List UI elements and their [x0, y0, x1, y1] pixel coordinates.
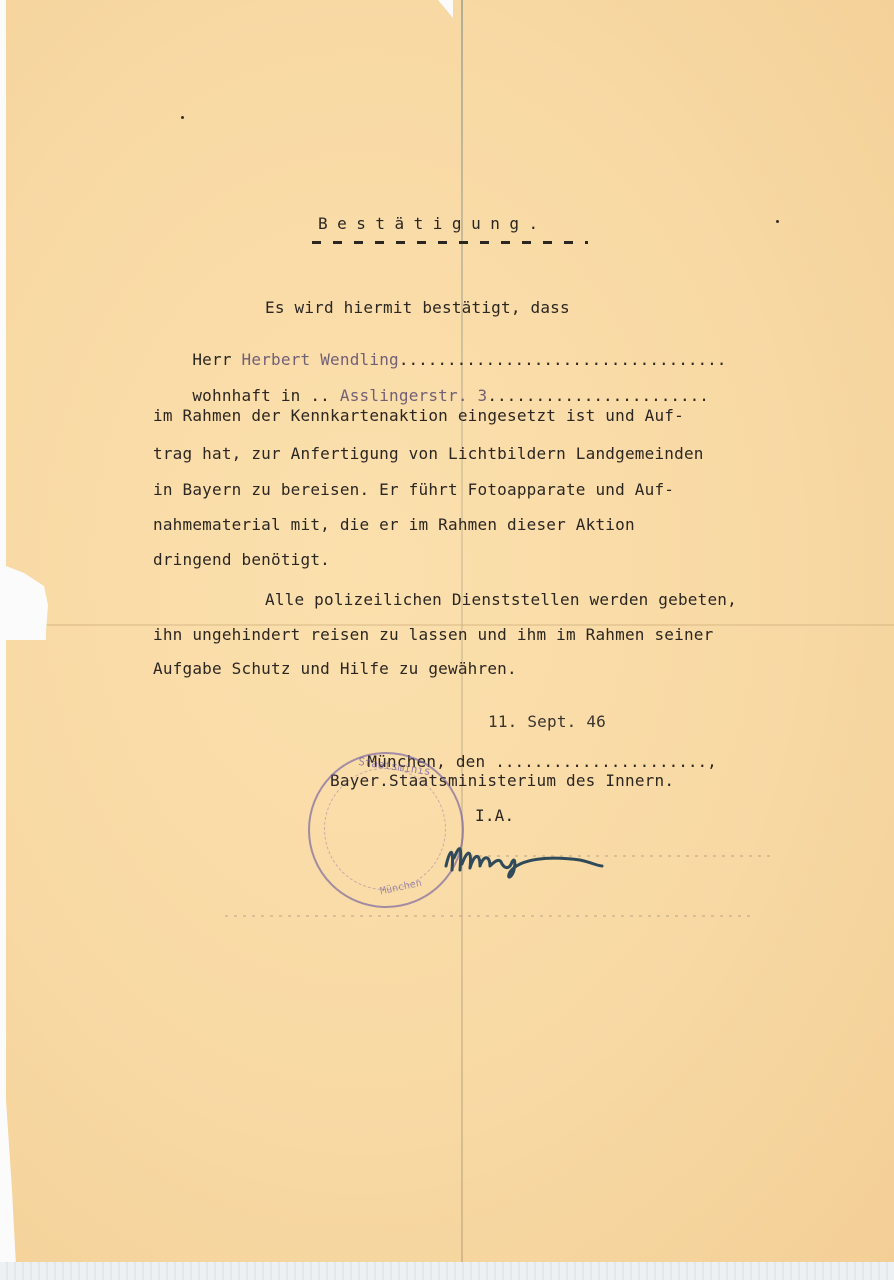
document-scan: Bestätigung. Es wird hiermit bestätigt, …	[0, 0, 894, 1280]
paper-speck	[181, 116, 184, 119]
stamp-inner-ring	[324, 768, 446, 890]
address-fill-dots: .......................	[487, 386, 709, 405]
body-line: dringend benötigt.	[153, 552, 330, 568]
body-line: nahmematerial mit, die er im Rahmen dies…	[153, 517, 635, 533]
paper-speck	[776, 220, 779, 223]
show-through-dots	[225, 915, 755, 917]
body-line: in Bayern zu bereisen. Er führt Fotoappa…	[153, 482, 674, 498]
handwritten-signature	[440, 836, 610, 886]
on-behalf-label: I.A.	[475, 808, 514, 824]
name-label: Herr	[192, 350, 231, 369]
date-value: 11. Sept. 46	[488, 714, 606, 730]
intro-line: Es wird hiermit bestätigt, dass	[265, 300, 570, 316]
body-line: im Rahmen der Kennkartenaktion eingesetz…	[153, 408, 684, 424]
request-line: ihn ungehindert reisen zu lassen und ihm…	[153, 627, 713, 643]
address-value: Asslingerstr. 3	[340, 386, 488, 405]
title-underline	[312, 241, 588, 244]
scanner-sleeve-edge	[0, 1262, 894, 1280]
document-title: Bestätigung.	[318, 216, 548, 232]
body-line: trag hat, zur Anfertigung von Lichtbilde…	[153, 446, 704, 462]
name-value: Herbert Wendling	[242, 350, 399, 369]
name-fill-dots: ..................................	[399, 350, 727, 369]
address-label: wohnhaft in	[192, 386, 300, 405]
request-line: Alle polizeilichen Dienststellen werden …	[265, 592, 737, 608]
request-line: Aufgabe Schutz und Hilfe zu gewähren.	[153, 661, 517, 677]
place-fill-dots: ......................,	[495, 752, 717, 771]
